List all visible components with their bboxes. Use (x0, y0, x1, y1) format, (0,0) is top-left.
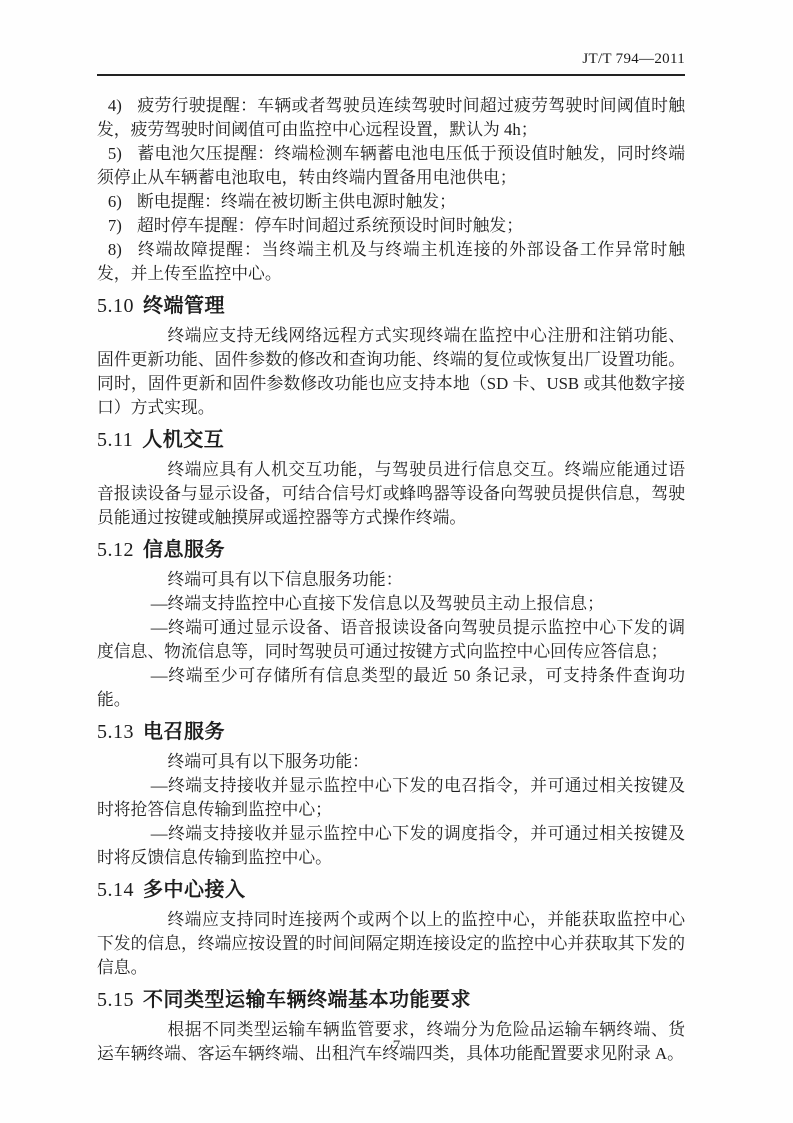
document-page: JT/T 794—2011 4)疲劳行驶提醒：车辆或者驾驶员连续驾驶时间超过疲劳… (0, 0, 793, 1123)
section-5.14: 5.14多中心接入终端应支持同时连接两个或两个以上的监控中心，并能获取监控中心下… (97, 877, 685, 980)
section-title: 终端管理 (143, 295, 225, 317)
numbered-item: 7)超时停车提醒：停车时间超过系统预设时间时触发； (97, 214, 685, 238)
paragraph: 终端应支持同时连接两个或两个以上的监控中心，并能获取监控中心下发的信息，终端应按… (97, 908, 685, 980)
numbered-item: 4)疲劳行驶提醒：车辆或者驾驶员连续驾驶时间超过疲劳驾驶时间阈值时触发，疲劳驾驶… (97, 94, 685, 142)
section-number: 5.12 (97, 539, 134, 561)
numbered-item: 6)断电提醒：终端在被切断主供电源时触发； (97, 190, 685, 214)
numbered-item: 8)终端故障提醒：当终端主机及与终端主机连接的外部设备工作异常时触发，并上传至监… (97, 238, 685, 286)
section-title: 信息服务 (143, 539, 225, 561)
item-text: 终端故障提醒：当终端主机及与终端主机连接的外部设备工作异常时触发，并上传至监控中… (97, 240, 685, 283)
item-number: 6) (108, 192, 122, 211)
section-title: 多中心接入 (143, 879, 246, 901)
dash-item: —终端可通过显示设备、语音报读设备向驾驶员提示监控中心下发的调度信息、物流信息等… (97, 616, 685, 664)
section-number: 5.11 (97, 429, 133, 451)
dash-item: —终端支持接收并显示监控中心下发的调度指令，并可通过相关按键及时将反馈信息传输到… (97, 822, 685, 870)
paragraph: 终端可具有以下服务功能： (97, 750, 685, 774)
section-5.13: 5.13电召服务终端可具有以下服务功能：—终端支持接收并显示监控中心下发的电召指… (97, 719, 685, 870)
section-5.11: 5.11人机交互终端应具有人机交互功能，与驾驶员进行信息交互。终端应能通过语音报… (97, 427, 685, 530)
section-number: 5.13 (97, 721, 134, 743)
section-heading: 5.11人机交互 (97, 427, 685, 453)
section-heading: 5.10终端管理 (97, 293, 685, 319)
section-heading: 5.14多中心接入 (97, 877, 685, 903)
item-text: 疲劳行驶提醒：车辆或者驾驶员连续驾驶时间超过疲劳驾驶时间阈值时触发，疲劳驾驶时间… (97, 96, 685, 139)
item-text: 断电提醒：终端在被切断主供电源时触发； (137, 192, 456, 211)
page-header-code: JT/T 794—2011 (97, 50, 685, 74)
paragraph: 终端应支持无线网络远程方式实现终端在监控中心注册和注销功能、固件更新功能、固件参… (97, 324, 685, 420)
dash-item: —终端支持监控中心直接下发信息以及驾驶员主动上报信息； (97, 592, 685, 616)
section-number: 5.14 (97, 879, 134, 901)
paragraph: 终端可具有以下信息服务功能： (97, 568, 685, 592)
section-number: 5.10 (97, 295, 134, 317)
paragraph: 终端应具有人机交互功能，与驾驶员进行信息交互。终端应能通过语音报读设备与显示设备… (97, 458, 685, 530)
item-text: 蓄电池欠压提醒：终端检测车辆蓄电池电压低于预设值时触发，同时终端须停止从车辆蓄电… (97, 144, 685, 187)
section-title: 不同类型运输车辆终端基本功能要求 (143, 989, 471, 1011)
page-content: JT/T 794—2011 4)疲劳行驶提醒：车辆或者驾驶员连续驾驶时间超过疲劳… (97, 50, 685, 1066)
dash-item: —终端至少可存储所有信息类型的最近 50 条记录，可支持条件查询功能。 (97, 664, 685, 712)
section-5.10: 5.10终端管理终端应支持无线网络远程方式实现终端在监控中心注册和注销功能、固件… (97, 293, 685, 420)
page-number: 7 (0, 1038, 793, 1055)
dash-item: —终端支持接收并显示监控中心下发的电召指令，并可通过相关按键及时将抢答信息传输到… (97, 774, 685, 822)
item-number: 5) (108, 144, 122, 163)
numbered-item: 5)蓄电池欠压提醒：终端检测车辆蓄电池电压低于预设值时触发，同时终端须停止从车辆… (97, 142, 685, 190)
numbered-list: 4)疲劳行驶提醒：车辆或者驾驶员连续驾驶时间超过疲劳驾驶时间阈值时触发，疲劳驾驶… (97, 94, 685, 286)
item-number: 8) (108, 240, 122, 259)
section-title: 电召服务 (143, 721, 225, 743)
item-number: 7) (108, 216, 122, 235)
section-heading: 5.13电召服务 (97, 719, 685, 745)
section-heading: 5.15不同类型运输车辆终端基本功能要求 (97, 987, 685, 1013)
section-heading: 5.12信息服务 (97, 537, 685, 563)
section-5.12: 5.12信息服务终端可具有以下信息服务功能：—终端支持监控中心直接下发信息以及驾… (97, 537, 685, 712)
item-number: 4) (108, 96, 122, 115)
item-text: 超时停车提醒：停车时间超过系统预设时间时触发； (137, 216, 523, 235)
header-rule (97, 74, 685, 76)
sections: 5.10终端管理终端应支持无线网络远程方式实现终端在监控中心注册和注销功能、固件… (97, 293, 685, 1066)
section-number: 5.15 (97, 989, 134, 1011)
section-title: 人机交互 (142, 429, 224, 451)
